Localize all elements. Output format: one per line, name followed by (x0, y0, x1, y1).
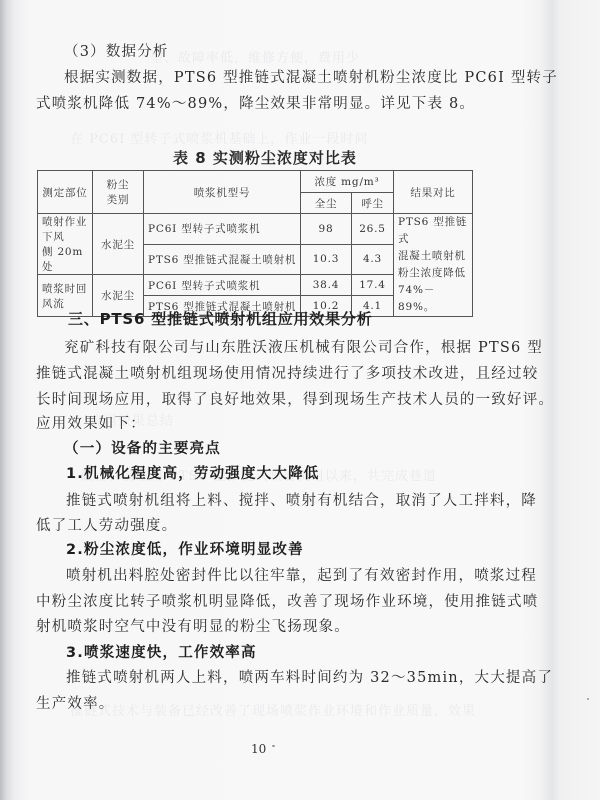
cell-machine: PC6I 型转子式喷浆机 (144, 275, 301, 296)
scan-speck (272, 745, 275, 747)
item-title: 3.喷浆速度快，工作效率高 (66, 641, 257, 662)
header-concentration: 浓度 mg/m³ (301, 171, 394, 193)
cell-machine: PC6I 型转子式喷浆机 (144, 214, 301, 245)
cell-dust-type: 水泥尘 (93, 214, 144, 275)
result-line: PTS6 型推链式 (398, 216, 467, 245)
paragraph-line: 长时间现场应用，取得了良好地效果，得到现场生产技术人员的一致好评。 (36, 388, 554, 409)
paragraph-line: 低了工人劳动强度。 (36, 514, 177, 535)
paragraph-line: 推链式喷射机组将上料、搅拌、喷射有机结合，取消了人工拌料，降 (66, 489, 537, 510)
header-result: 结果对比 (394, 171, 473, 214)
paragraph-line: 根据实测数据，PTS6 型推链式混凝土喷射机粉尘浓度比 PC6I 型转子 (64, 66, 558, 87)
cell-machine: PTS6 型推链式混凝土喷射机 (144, 244, 301, 275)
cell-total: 38.4 (301, 275, 352, 296)
section-heading-three: 三、PTS6 型推链式喷射机组应用效果分析 (68, 308, 373, 329)
item-title: 1.机械化程度高，劳动强度大大降低 (66, 462, 320, 483)
location-line1: 喷射作业下风 (42, 216, 87, 243)
page-number: 10 (251, 742, 266, 756)
cell-total: 10.3 (301, 244, 352, 275)
bleed-through-text: 推链式技术与装备已经改善了现场喷浆作业环境和作业质量，效果 (70, 700, 476, 719)
paragraph-line: 式喷浆机降低 74%～89%，降尘效果非常明显。详见下表 8。 (36, 92, 475, 113)
location-line2: 侧 20m 处 (42, 246, 83, 273)
paragraph-line: 喷射机出料腔处密封件比以往牢靠，起到了有效密封作用，喷浆过程 (66, 564, 537, 585)
cell-resp: 4.3 (352, 244, 394, 275)
cell-resp: 26.5 (352, 214, 394, 245)
paragraph-line: 应用效果如下： (36, 412, 146, 433)
header-machine: 喷浆机型号 (144, 171, 301, 214)
result-line: 混凝土喷射机 (398, 250, 466, 262)
paragraph-line: 推链式喷射机两人上料，喷两车料时间约为 32～35min，大大提高了 (66, 666, 553, 687)
paragraph-line: 推链式混凝土喷射机组现场使用情况持续进行了多项技术改进，且经过较 (36, 362, 538, 383)
cell-resp: 17.4 (352, 275, 394, 296)
paragraph-line: 射机喷浆时空气中没有明显的粉尘飞扬现象。 (36, 615, 350, 636)
scanned-page: 型、故障率低，维修方便，费用少 在 PC6I 型转子式喷浆机基础上，作业一段时间… (0, 0, 600, 800)
item-title: 2.粉尘浓度低，作业环境明显改善 (66, 538, 304, 559)
header-location: 测定部位 (38, 171, 93, 214)
header-dust-type-line2: 类别 (107, 194, 130, 206)
cell-result: PTS6 型推链式 混凝土喷射机 粉尘浓度降低 74%－89%。 (394, 214, 473, 317)
paragraph-line: 生产效率。 (36, 692, 115, 713)
dust-concentration-table: 测定部位 粉尘类别 喷浆机型号 浓度 mg/m³ 结果对比 全尘 呼尘 喷射作业… (37, 170, 473, 317)
table-row: 喷射作业下风侧 20m 处 水泥尘 PC6I 型转子式喷浆机 98 26.5 P… (38, 214, 473, 245)
paragraph-line: 兖矿科技有限公司与山东胜沃液压机械有限公司合作，根据 PTS6 型 (64, 336, 543, 357)
result-line: 74%－89%。 (398, 284, 435, 313)
scan-speck (587, 698, 589, 700)
bleed-through-text: 在 PC6I 型转子式喷浆机基础上，作业一段时间 (70, 128, 368, 147)
cell-total: 98 (301, 214, 352, 245)
header-dust-type-line1: 粉尘 (107, 179, 130, 191)
paragraph-line: 中粉尘浓度比转子喷浆机明显降低，改善了现场作业环境，使用推链式喷 (36, 590, 538, 611)
cell-location: 喷射作业下风侧 20m 处 (38, 214, 93, 275)
result-line: 粉尘浓度降低 (398, 267, 466, 279)
section-heading-data-analysis: （3）数据分析 (64, 40, 169, 61)
header-total-dust: 全尘 (301, 193, 352, 214)
bleed-through-text: 型、故障率低，维修方便，费用少 (150, 47, 360, 66)
table-title: 表 8 实测粉尘浓度对比表 (173, 147, 357, 168)
subsection-heading: （一）设备的主要亮点 (64, 437, 221, 458)
header-dust-type: 粉尘类别 (93, 171, 144, 214)
header-resp-dust: 呼尘 (352, 193, 394, 214)
